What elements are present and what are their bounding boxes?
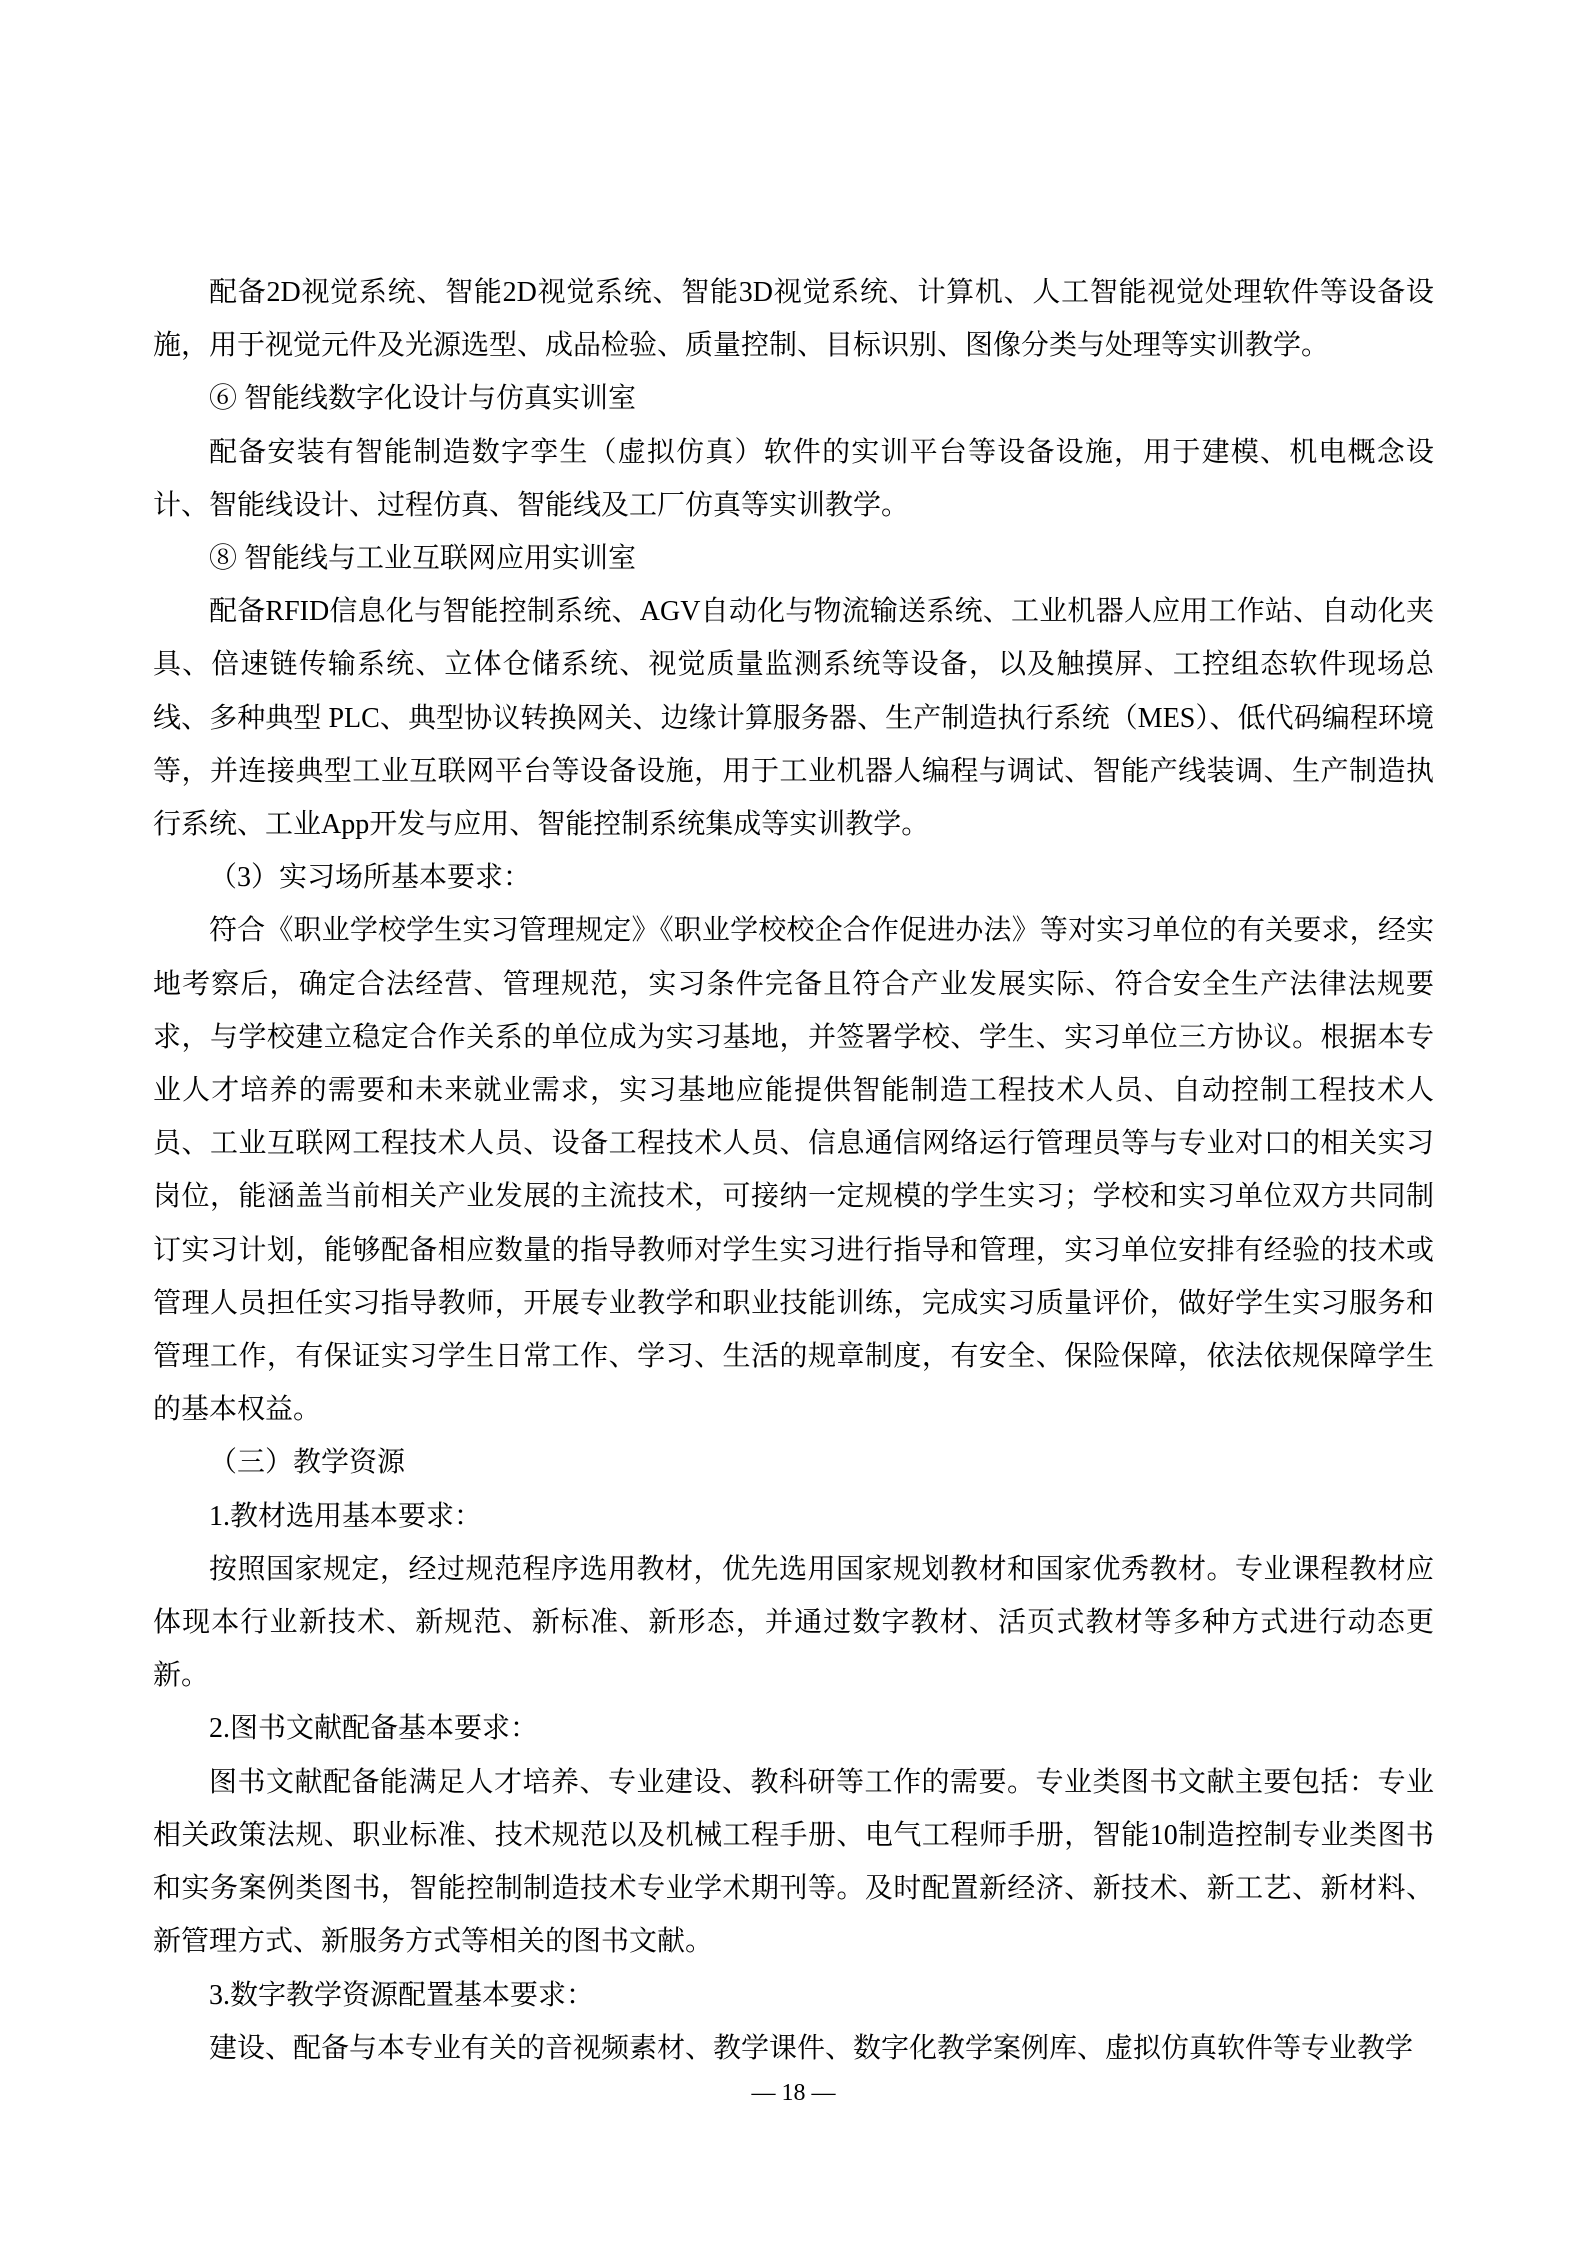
heading-lab-8: ⑧ 智能线与工业互联网应用实训室 — [153, 532, 1434, 585]
heading-textbook-requirements: 1.教材选用基本要求： — [153, 1490, 1434, 1543]
document-body: 配备2D视觉系统、智能2D视觉系统、智能3D视觉系统、计算机、人工智能视觉处理软… — [153, 266, 1434, 2075]
document-page: 配备2D视觉系统、智能2D视觉系统、智能3D视觉系统、计算机、人工智能视觉处理软… — [0, 0, 1587, 2245]
paragraph-internship-requirements: 符合《职业学校学生实习管理规定》《职业学校校企合作促进办法》等对实习单位的有关要… — [153, 904, 1434, 1436]
heading-internship-requirements: （3）实习场所基本要求： — [153, 851, 1434, 904]
paragraph-digital-resources: 建设、配备与本专业有关的音视频素材、教学课件、数字化教学案例库、虚拟仿真软件等专… — [153, 2022, 1434, 2075]
page-number: — 18 — — [0, 2078, 1587, 2108]
heading-library-requirements: 2.图书文献配备基本要求： — [153, 1702, 1434, 1755]
heading-lab-6: ⑥ 智能线数字化设计与仿真实训室 — [153, 372, 1434, 425]
paragraph-lab-8-equipment: 配备RFID信息化与智能控制系统、AGV自动化与物流输送系统、工业机器人应用工作… — [153, 585, 1434, 851]
paragraph-textbook-requirements: 按照国家规定，经过规范程序选用教材，优先选用国家规划教材和国家优秀教材。专业课程… — [153, 1543, 1434, 1703]
paragraph-lab-6-equipment: 配备安装有智能制造数字孪生（虚拟仿真）软件的实训平台等设备设施，用于建模、机电概… — [153, 426, 1434, 532]
paragraph-library-requirements: 图书文献配备能满足人才培养、专业建设、教科研等工作的需要。专业类图书文献主要包括… — [153, 1756, 1434, 1969]
paragraph-equipment-vision: 配备2D视觉系统、智能2D视觉系统、智能3D视觉系统、计算机、人工智能视觉处理软… — [153, 266, 1434, 372]
heading-digital-resources: 3.数字教学资源配置基本要求： — [153, 1969, 1434, 2022]
heading-teaching-resources: （三）教学资源 — [153, 1436, 1434, 1489]
